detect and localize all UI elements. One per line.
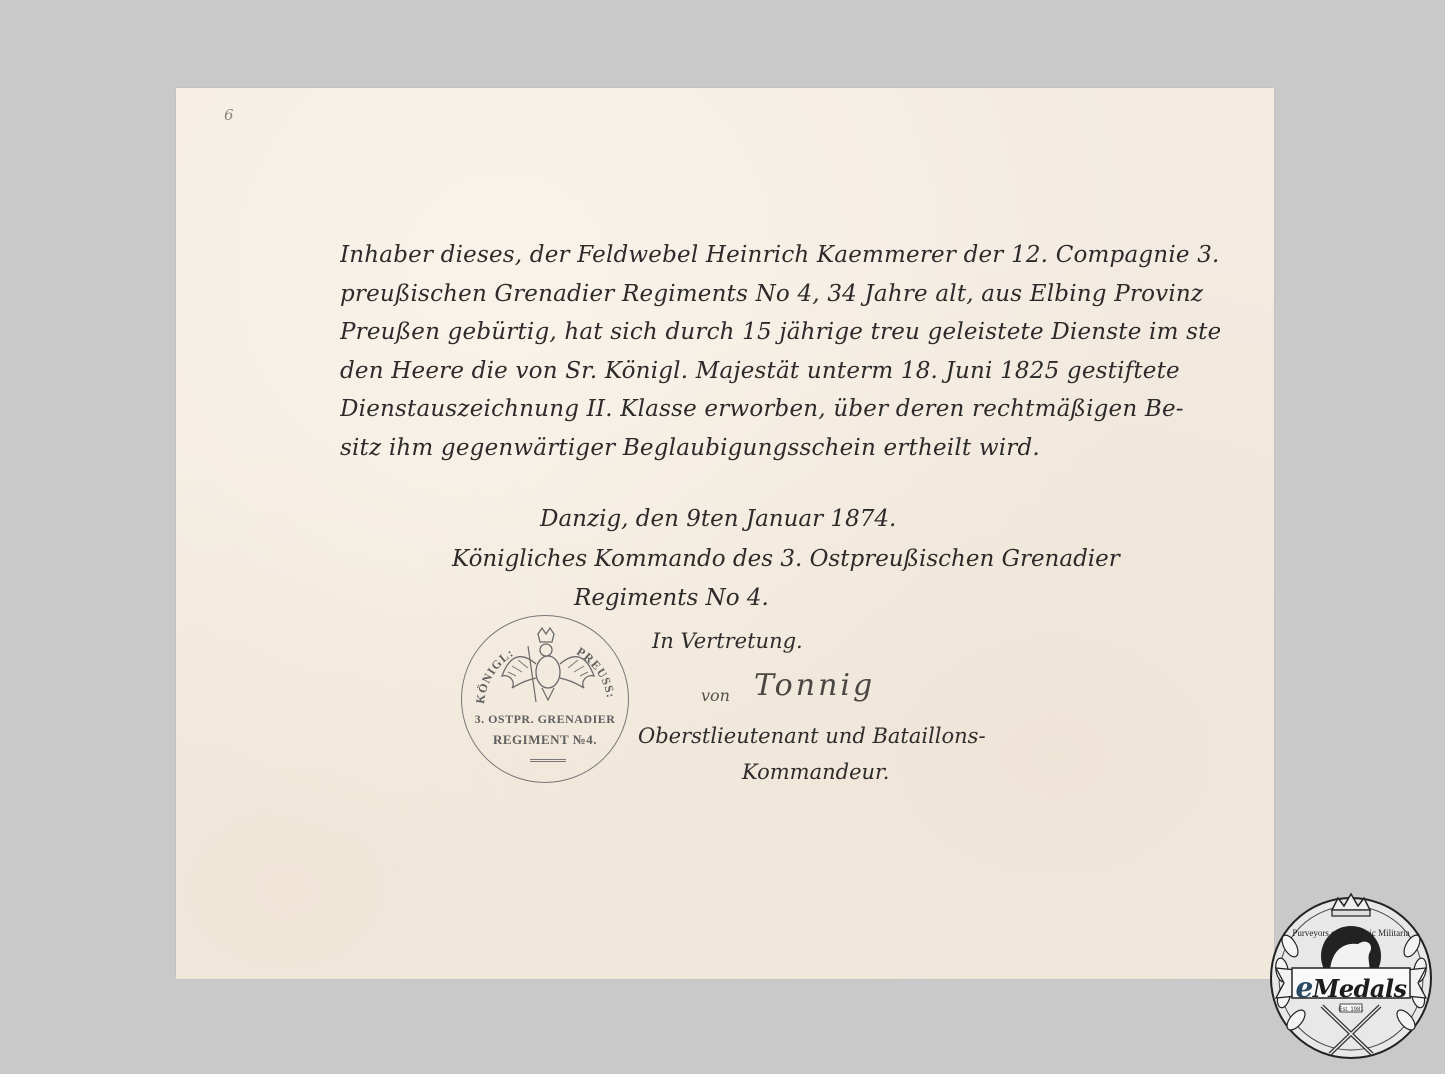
logo-brand: eMedals	[1262, 971, 1440, 1004]
body-line: Preußen gebürtig, hat sich durch 15 jähr…	[340, 313, 1220, 352]
signature-name: Tonnig	[754, 668, 875, 703]
svg-text:KÖNIGL:: KÖNIGL:	[473, 645, 516, 704]
logo-tagline: Purveyors of Authentic Militaria	[1262, 928, 1440, 938]
seal-regiment-line: 3. OSTPR. GRENADIER	[462, 712, 628, 727]
issuing-authority: Königliches Kommando des 3. Ostpreußisch…	[452, 546, 1120, 572]
page-number: 6	[224, 106, 234, 124]
body-line: sitz ihm gegenwärtiger Beglaubigungssche…	[340, 429, 1220, 468]
emedals-watermark-logo: Purveyors of Authentic Militaria eMedals…	[1262, 888, 1440, 1064]
logo-brand-prefix: e	[1295, 971, 1312, 1004]
signatory-title-cont: Kommandeur.	[742, 760, 889, 784]
logo-brand-name: Medals	[1313, 974, 1407, 1003]
issuing-authority-regiment: Regiments No 4.	[574, 585, 769, 611]
body-line: Dienstauszeichnung II. Klasse erworben, …	[340, 390, 1220, 429]
body-line: den Heere die von Sr. Königl. Majestät u…	[340, 352, 1220, 391]
signatory-title: Oberstlieutenant und Bataillons-	[638, 724, 986, 748]
body-line: preußischen Grenadier Regiments No 4, 34…	[340, 275, 1220, 314]
signature-von: von	[701, 686, 730, 705]
place-and-date: Danzig, den 9ten Januar 1874.	[540, 506, 896, 532]
seal-regiment-number: REGIMENT №4.	[462, 732, 628, 748]
seal-divider	[530, 759, 566, 762]
certificate-body: Inhaber dieses, der Feldwebel Heinrich K…	[340, 236, 1220, 467]
logo-established: Est. 1981	[1262, 1007, 1440, 1013]
svg-text:PREUSS:: PREUSS:	[574, 644, 618, 699]
document-paper: 6 Inhaber dieses, der Feldwebel Heinrich…	[176, 88, 1274, 979]
signature-prefix: In Vertretung.	[652, 629, 803, 653]
regimental-seal-stamp: KÖNIGL: PREUSS: 3. OSTPR	[461, 615, 629, 783]
image-stage: 6 Inhaber dieses, der Feldwebel Heinrich…	[0, 0, 1445, 1074]
body-line: Inhaber dieses, der Feldwebel Heinrich K…	[340, 236, 1220, 275]
